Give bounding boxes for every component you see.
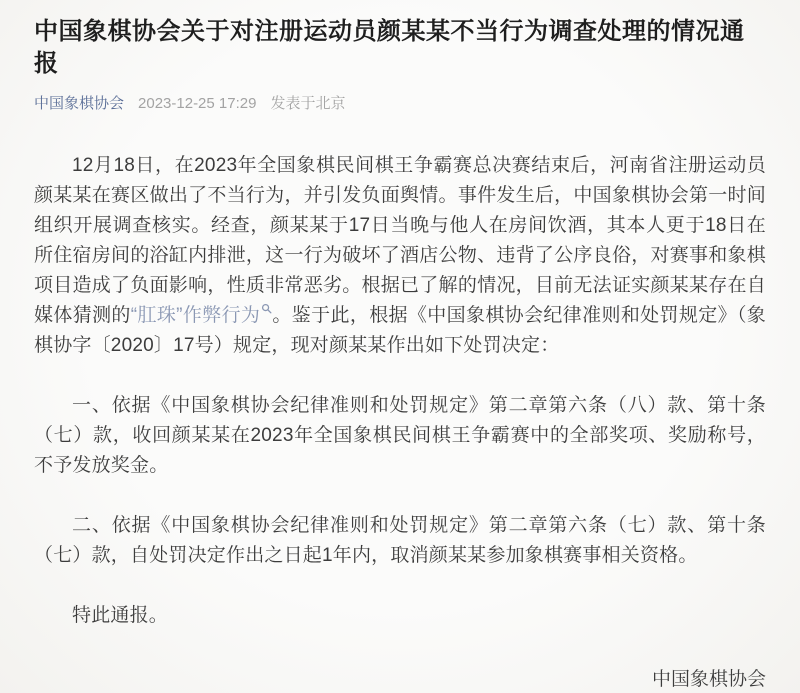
- paragraph-decision-2: 二、依据《中国象棋协会纪律准则和处罚规定》第二章第六条（七）款、第十条（七）款，…: [34, 511, 766, 571]
- keyword-text: “肛珠”作弊行为: [131, 305, 261, 326]
- paragraph-closing: 特此通报。: [34, 601, 766, 631]
- publish-timestamp: 2023-12-25 17:29: [138, 95, 256, 112]
- search-icon: [261, 303, 272, 314]
- byline: 中国象棋协会 2023-12-25 17:29 发表于北京: [34, 92, 766, 113]
- article-body: 12月18日，在2023年全国象棋民间棋王争霸赛总决赛结束后，河南省注册运动员颜…: [34, 151, 766, 693]
- article-title: 中国象棋协会关于对注册运动员颜某某不当行为调查处理的情况通报: [34, 16, 766, 80]
- paragraph-intro: 12月18日，在2023年全国象棋民间棋王争霸赛总决赛结束后，河南省注册运动员颜…: [34, 151, 766, 361]
- article-page: 中国象棋协会关于对注册运动员颜某某不当行为调查处理的情况通报 中国象棋协会 20…: [0, 0, 800, 693]
- paragraph-intro-text: 12月18日，在2023年全国象棋民间棋王争霸赛总决赛结束后，河南省注册运动员颜…: [34, 155, 766, 326]
- author-account-link[interactable]: 中国象棋协会: [34, 92, 124, 113]
- paragraph-decision-1: 一、依据《中国象棋协会纪律准则和处罚规定》第二章第六条（八）款、第十条（七）款，…: [34, 391, 766, 481]
- publish-location: 发表于北京: [270, 92, 345, 113]
- signature: 中国象棋协会: [34, 665, 766, 693]
- keyword-search-link[interactable]: “肛珠”作弊行为: [131, 305, 273, 326]
